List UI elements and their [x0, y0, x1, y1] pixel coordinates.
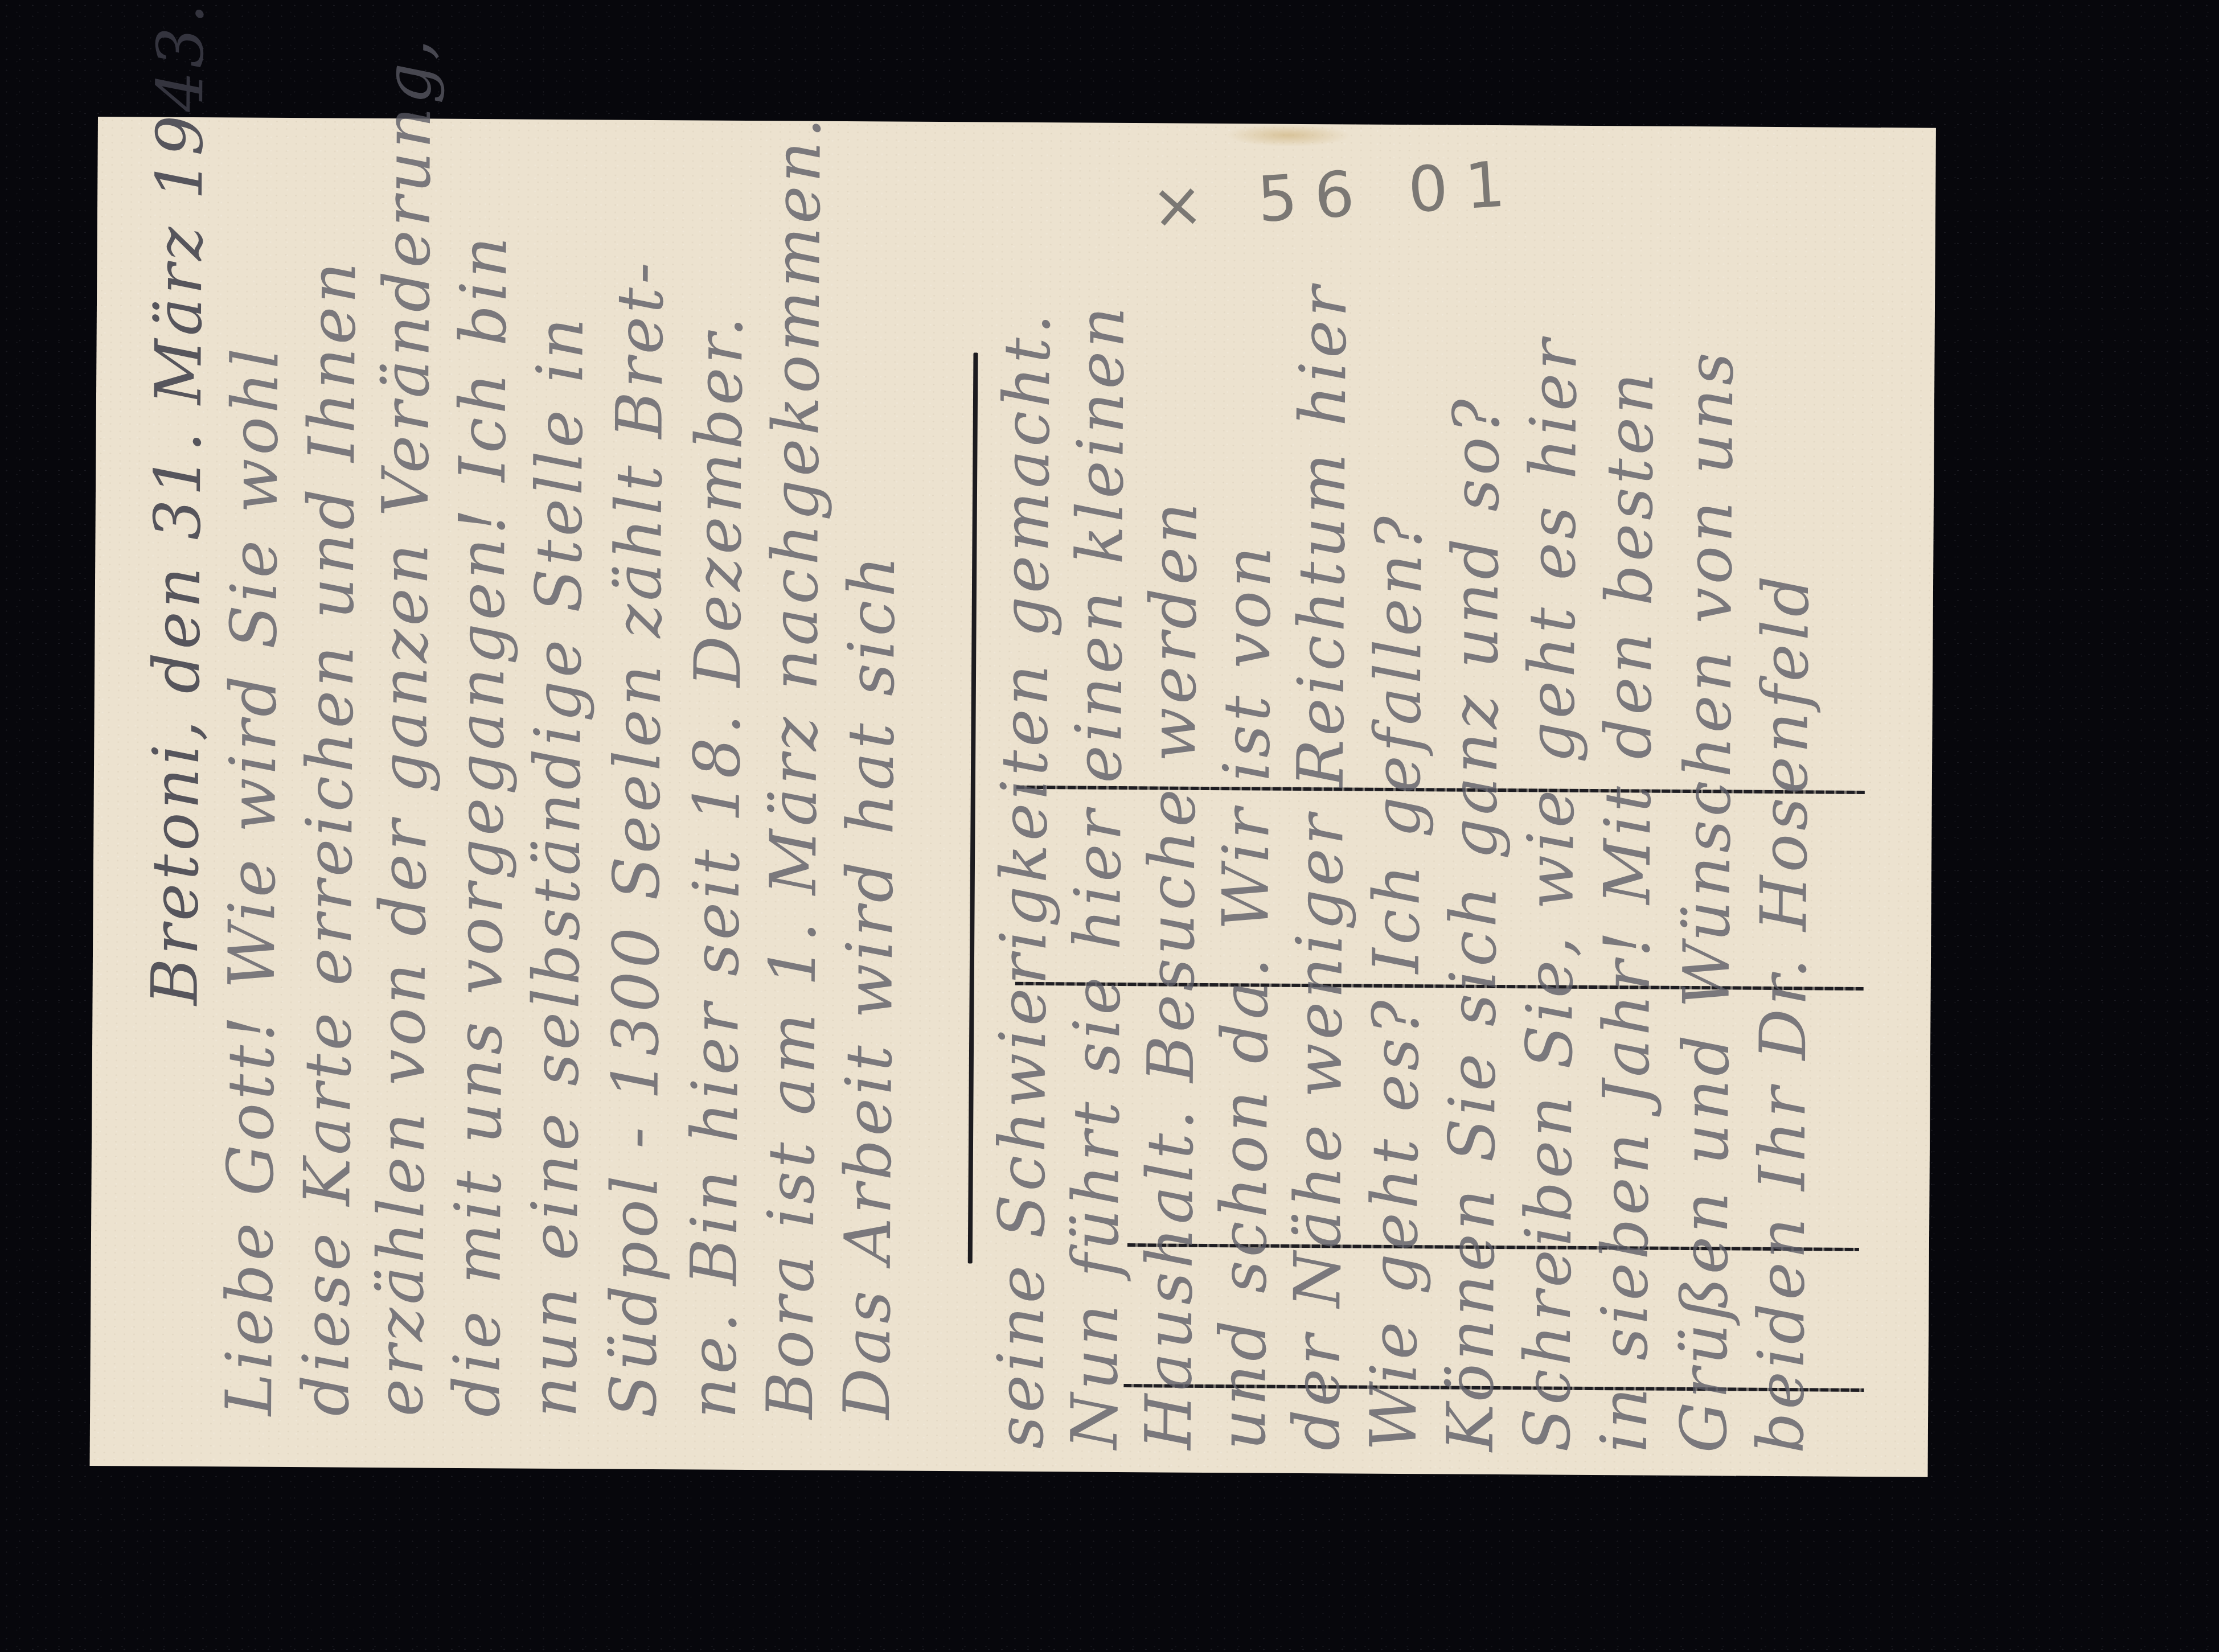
message-line: Können Sie sich ganz und so? — [1434, 396, 1514, 1452]
message-line: ne. Bin hier seit 18. Dezember. — [676, 313, 757, 1419]
postcard: × 56 01 Bretoni, den 31. März 1943. Lieb… — [90, 117, 1936, 1477]
message-line: seine Schwierigkeiten gemacht. — [984, 310, 1065, 1449]
message-line: Das Arbeit wird hat sich — [830, 552, 909, 1419]
message-line: Liebe Gott! Wie wird Sie wohl — [212, 345, 293, 1416]
message-line: Südpol - 1300 Seelen zählt Bret- — [597, 259, 678, 1418]
message-line: Bora ist am 1. März nachgekommen. — [753, 114, 835, 1419]
message-line: Grüßen und Wünschen von uns — [1667, 349, 1748, 1453]
message-line: diese Karte erreichen und Ihnen — [289, 258, 370, 1416]
signature-line: beiden Ihr Dr. Hosenfeld — [1744, 572, 1823, 1453]
message-line: nun eine selbständige Stelle in — [517, 314, 598, 1417]
message-line: erzählen von der ganzen Veränderung, — [363, 36, 446, 1417]
message-line: der Nähe weniger Reichtum hier — [1280, 283, 1361, 1451]
message-line: die mit uns vorgegangen! Ich bin — [440, 233, 522, 1417]
message-line: Haushalt. Besuche werden — [1132, 499, 1212, 1449]
paper-crease — [1225, 124, 1351, 147]
message-line: in sieben Jahr! Mit den besten — [1588, 369, 1668, 1453]
message-line: Nun führt sie hier einen kleinen — [1058, 303, 1139, 1450]
message-line: Wie geht es? Ich gefallen? — [1357, 513, 1437, 1452]
archive-number: × 56 01 — [1149, 147, 1524, 243]
message-line: Schreiben Sie, wie geht es hier — [1511, 336, 1592, 1452]
date-line: Bretoni, den 31. März 1943. — [138, 0, 218, 1005]
message-line: und schon da. Wir ist von — [1206, 543, 1286, 1450]
center-divider-line — [968, 352, 978, 1263]
